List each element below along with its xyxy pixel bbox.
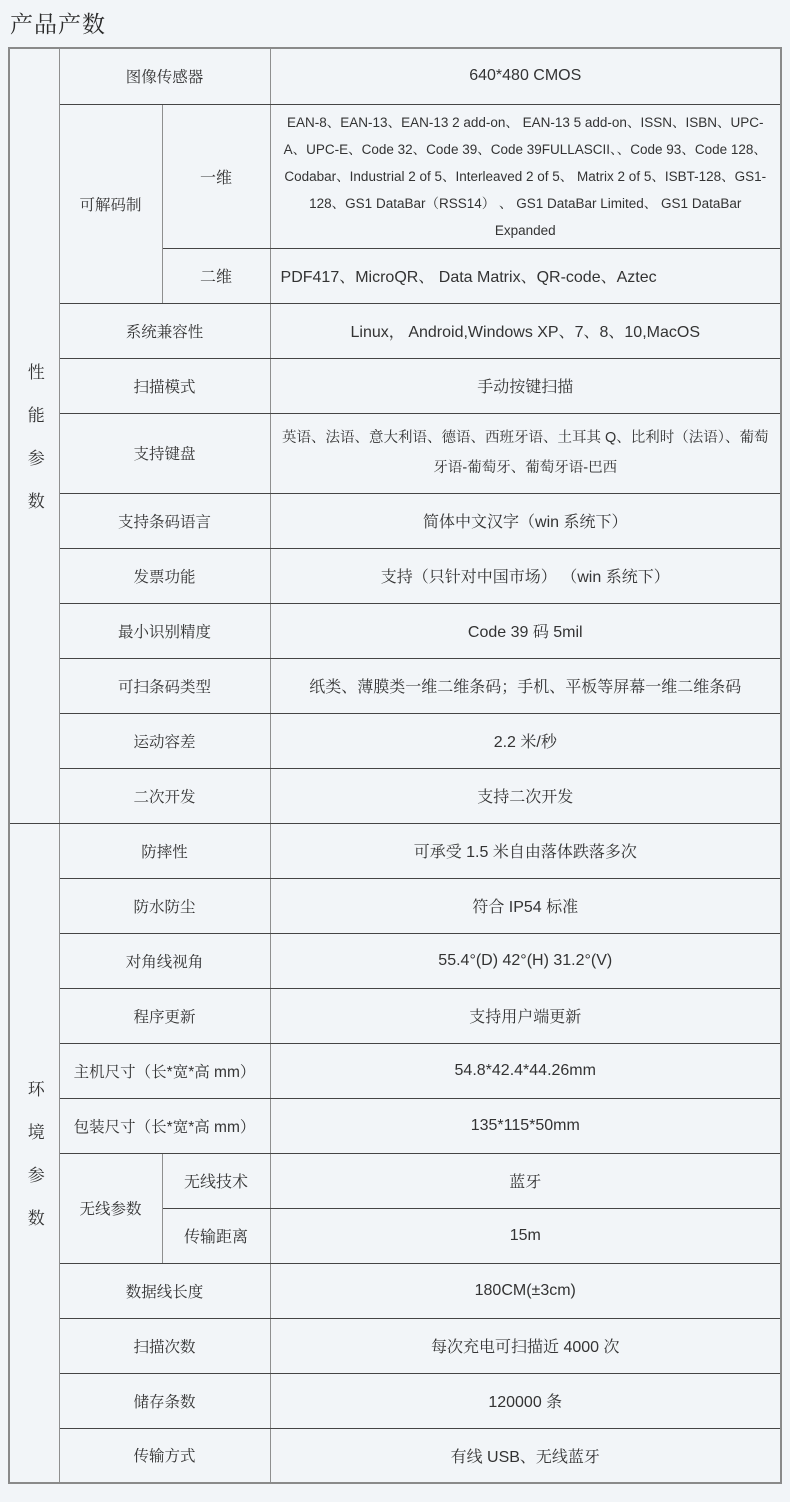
spec-label: 防摔性	[59, 823, 270, 878]
spec-sublabel: 二维	[162, 248, 270, 303]
spec-sublabel: 一维	[162, 104, 270, 248]
page-title: 产品产数	[0, 0, 790, 39]
table-row: 包装尺寸（长*宽*高 mm） 135*115*50mm	[9, 1098, 781, 1153]
spec-value: 可承受 1.5 米自由落体跌落多次	[270, 823, 781, 878]
spec-value: Code 39 码 5mil	[270, 603, 781, 658]
spec-label: 扫描次数	[59, 1318, 270, 1373]
spec-label: 防水防尘	[59, 878, 270, 933]
spec-label: 支持键盘	[59, 413, 270, 493]
spec-value: 纸类、薄膜类一维二维条码；手机、平板等屏幕一维二维条码	[270, 658, 781, 713]
spec-value: EAN-8、EAN-13、EAN-13 2 add-on、 EAN-13 5 a…	[270, 104, 781, 248]
spec-value: 15m	[270, 1208, 781, 1263]
group-cell-decodable: 可解码制	[59, 104, 162, 303]
spec-value: Linux， Android,Windows XP、7、8、10,MacOS	[270, 303, 781, 358]
table-row: 支持键盘 英语、法语、意大利语、德语、西班牙语、土耳其 Q、比利时（法语）、葡萄…	[9, 413, 781, 493]
spec-value: 支持二次开发	[270, 768, 781, 823]
table-row: 最小识别精度 Code 39 码 5mil	[9, 603, 781, 658]
table-row: 无线参数 无线技术 蓝牙	[9, 1153, 781, 1208]
spec-value: 支持用户端更新	[270, 988, 781, 1043]
spec-label: 图像传感器	[59, 48, 270, 104]
group-cell-performance: 性能参数	[9, 48, 59, 823]
table-row: 防水防尘 符合 IP54 标准	[9, 878, 781, 933]
spec-value: 每次充电可扫描近 4000 次	[270, 1318, 781, 1373]
spec-value: 蓝牙	[270, 1153, 781, 1208]
table-row: 传输方式 有线 USB、无线蓝牙	[9, 1428, 781, 1483]
spec-label: 对角线视角	[59, 933, 270, 988]
table-row: 扫描模式 手动按键扫描	[9, 358, 781, 413]
spec-label: 二次开发	[59, 768, 270, 823]
spec-value: 2.2 米/秒	[270, 713, 781, 768]
spec-value: 180CM(±3cm)	[270, 1263, 781, 1318]
spec-label: 主机尺寸（长*宽*高 mm）	[59, 1043, 270, 1098]
group-label-environment: 环境参数	[22, 1054, 47, 1252]
spec-value: 135*115*50mm	[270, 1098, 781, 1153]
table-row: 二次开发 支持二次开发	[9, 768, 781, 823]
spec-label: 扫描模式	[59, 358, 270, 413]
table-row: 储存条数 120000 条	[9, 1373, 781, 1428]
table-row: 扫描次数 每次充电可扫描近 4000 次	[9, 1318, 781, 1373]
spec-value: 55.4°(D) 42°(H) 31.2°(V)	[270, 933, 781, 988]
spec-label: 系统兼容性	[59, 303, 270, 358]
spec-label: 数据线长度	[59, 1263, 270, 1318]
group-cell-environment: 环境参数	[9, 823, 59, 1483]
spec-value: 有线 USB、无线蓝牙	[270, 1428, 781, 1483]
table-row: 程序更新 支持用户端更新	[9, 988, 781, 1043]
spec-value: 640*480 CMOS	[270, 48, 781, 104]
spec-label: 发票功能	[59, 548, 270, 603]
spec-value: 英语、法语、意大利语、德语、西班牙语、土耳其 Q、比利时（法语）、葡萄牙语-葡萄…	[270, 413, 781, 493]
table-row: 发票功能 支持（只针对中国市场） （win 系统下）	[9, 548, 781, 603]
table-row: 运动容差 2.2 米/秒	[9, 713, 781, 768]
table-row: 主机尺寸（长*宽*高 mm） 54.8*42.4*44.26mm	[9, 1043, 781, 1098]
table-row: 对角线视角 55.4°(D) 42°(H) 31.2°(V)	[9, 933, 781, 988]
spec-label: 运动容差	[59, 713, 270, 768]
spec-value: 54.8*42.4*44.26mm	[270, 1043, 781, 1098]
spec-sublabel: 无线技术	[162, 1153, 270, 1208]
spec-value: PDF417、MicroQR、 Data Matrix、QR-code、Azte…	[270, 248, 781, 303]
spec-label: 储存条数	[59, 1373, 270, 1428]
spec-table: 性能参数 图像传感器 640*480 CMOS 可解码制 一维 EAN-8、EA…	[8, 47, 782, 1484]
spec-label: 可扫条码类型	[59, 658, 270, 713]
table-row: 系统兼容性 Linux， Android,Windows XP、7、8、10,M…	[9, 303, 781, 358]
table-row: 可扫条码类型 纸类、薄膜类一维二维条码；手机、平板等屏幕一维二维条码	[9, 658, 781, 713]
spec-label: 程序更新	[59, 988, 270, 1043]
table-row: 数据线长度 180CM(±3cm)	[9, 1263, 781, 1318]
group-label-performance: 性能参数	[22, 337, 47, 535]
spec-sublabel: 传输距离	[162, 1208, 270, 1263]
group-cell-wireless: 无线参数	[59, 1153, 162, 1263]
spec-value: 符合 IP54 标准	[270, 878, 781, 933]
spec-value: 120000 条	[270, 1373, 781, 1428]
table-row: 可解码制 一维 EAN-8、EAN-13、EAN-13 2 add-on、 EA…	[9, 104, 781, 248]
spec-value: 支持（只针对中国市场） （win 系统下）	[270, 548, 781, 603]
spec-value: 简体中文汉字（win 系统下）	[270, 493, 781, 548]
spec-label: 包装尺寸（长*宽*高 mm）	[59, 1098, 270, 1153]
spec-value: 手动按键扫描	[270, 358, 781, 413]
table-row: 支持条码语言 简体中文汉字（win 系统下）	[9, 493, 781, 548]
table-row: 环境参数 防摔性 可承受 1.5 米自由落体跌落多次	[9, 823, 781, 878]
table-row: 性能参数 图像传感器 640*480 CMOS	[9, 48, 781, 104]
spec-label: 最小识别精度	[59, 603, 270, 658]
spec-label: 支持条码语言	[59, 493, 270, 548]
spec-label: 传输方式	[59, 1428, 270, 1483]
